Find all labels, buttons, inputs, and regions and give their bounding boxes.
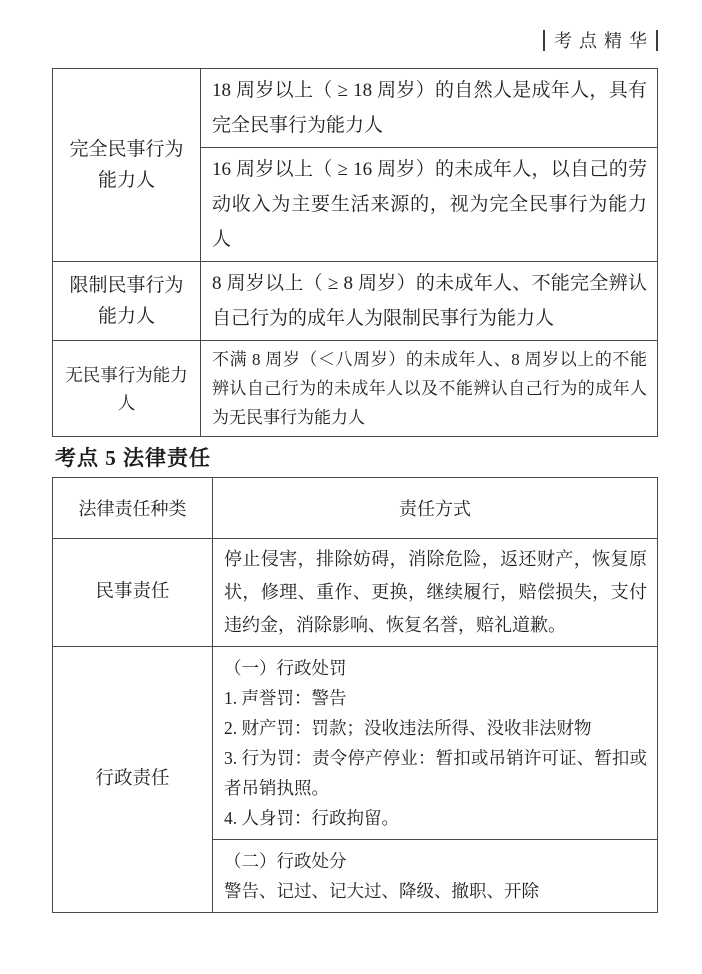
admin-punishment-item-3: 3. 行为罚：责令停产停业：暂扣或吊销许可证、暂扣或者吊销执照。 [224,743,647,803]
badge-label: 考点精华 [545,27,656,53]
table-row: 民事责任 停止侵害，排除妨碍，消除危险，返还财产，恢复原状，修理、重作、更换，继… [53,539,658,647]
table-row: 完全民事行为能力人 18 周岁以上（ ≥ 18 周岁）的自然人是成年人，具有完全… [53,69,658,148]
liability-header-mode: 责任方式 [213,478,658,539]
admin-sanction-items: 警告、记过、记大过、降级、撤职、开除 [224,876,647,906]
capacity-cell-none: 不满 8 周岁（＜八周岁）的未成年人、8 周岁以上的不能辨认自己行为的未成年人以… [201,341,658,437]
admin-punishment-item-4: 4. 人身罚：行政拘留。 [224,803,647,833]
admin-punishment-title: （一）行政处罚 [224,653,647,683]
liability-header-type: 法律责任种类 [53,478,213,539]
admin-sanction-title: （二）行政处分 [224,846,647,876]
liability-cell-civil: 停止侵害，排除妨碍，消除危险，返还财产，恢复原状，修理、重作、更换，继续履行，赔… [213,539,658,647]
table-row: 无民事行为能力人 不满 8 周岁（＜八周岁）的未成年人、8 周岁以上的不能辨认自… [53,341,658,437]
capacity-row-label-full: 完全民事行为能力人 [53,69,201,262]
table-row: 行政责任 （一）行政处罚 1. 声誉罚：警告 2. 财产罚：罚款；没收违法所得、… [53,647,658,840]
badge-right-bar [656,30,658,51]
table-header-row: 法律责任种类 责任方式 [53,478,658,539]
capacity-row-label-none: 无民事行为能力人 [53,341,201,437]
admin-punishment-item-2: 2. 财产罚：罚款；没收违法所得、没收非法财物 [224,713,647,743]
administrative-sanction-cell: （二）行政处分 警告、记过、记大过、降级、撤职、开除 [213,840,658,913]
liability-row-label-civil: 民事责任 [53,539,213,647]
liability-table: 法律责任种类 责任方式 民事责任 停止侵害，排除妨碍，消除危险，返还财产，恢复原… [52,477,658,913]
capacity-row-label-limited: 限制民事行为能力人 [53,262,201,341]
capacity-cell-full-adult: 18 周岁以上（ ≥ 18 周岁）的自然人是成年人，具有完全民事行为能力人 [201,69,658,148]
admin-punishment-item-1: 1. 声誉罚：警告 [224,683,647,713]
document-page: 考点精华 完全民事行为能力人 18 周岁以上（ ≥ 18 周岁）的自然人是成年人… [0,0,702,974]
capacity-cell-limited: 8 周岁以上（ ≥ 8 周岁）的未成年人、不能完全辨认自己行为的成年人为限制民事… [201,262,658,341]
capacity-cell-full-minor16: 16 周岁以上（ ≥ 16 周岁）的未成年人，以自己的劳动收入为主要生活来源的，… [201,148,658,262]
liability-row-label-administrative: 行政责任 [53,647,213,913]
page-corner-badge: 考点精华 [543,27,658,53]
section-heading: 考点 5 法律责任 [55,442,211,472]
administrative-punishment-cell: （一）行政处罚 1. 声誉罚：警告 2. 财产罚：罚款；没收违法所得、没收非法财… [213,647,658,840]
table-row: 限制民事行为能力人 8 周岁以上（ ≥ 8 周岁）的未成年人、不能完全辨认自己行… [53,262,658,341]
capacity-table: 完全民事行为能力人 18 周岁以上（ ≥ 18 周岁）的自然人是成年人，具有完全… [52,68,658,437]
